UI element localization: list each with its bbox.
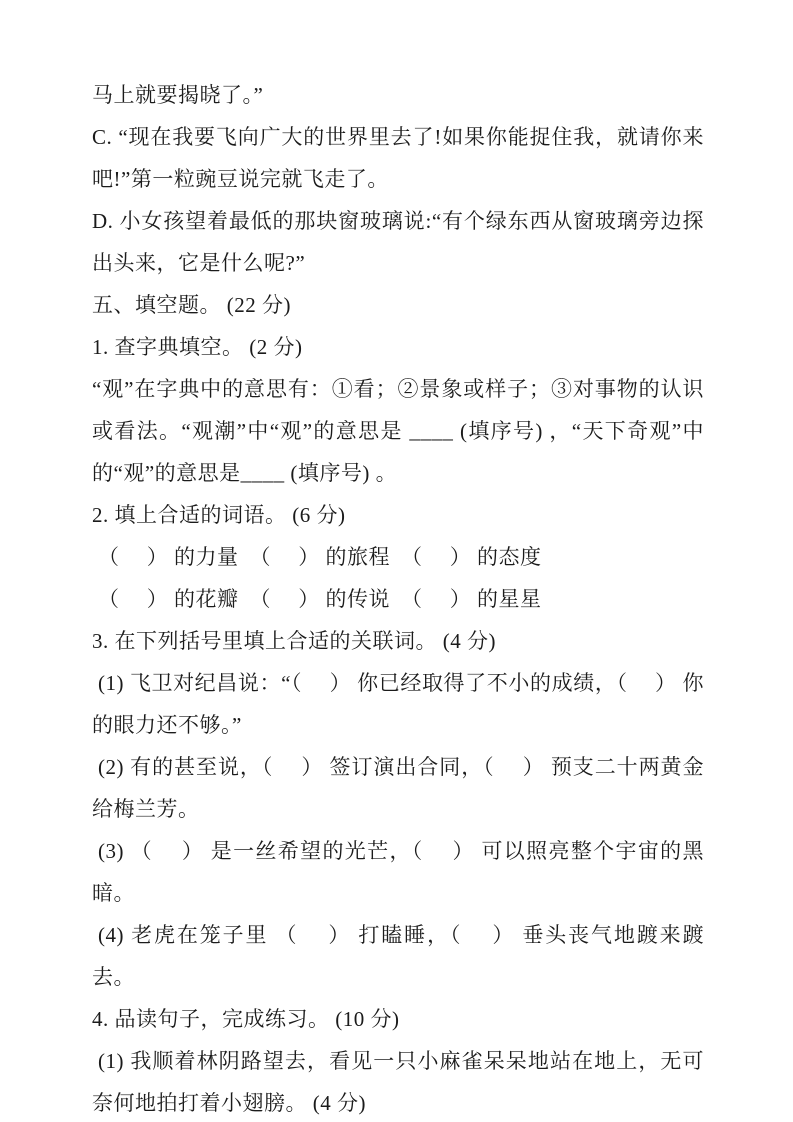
- question-3-item-2: (2) 有的甚至说，（ ） 签订演出合同，（ ） 预支二十两黄金给梅兰芳。: [92, 746, 704, 830]
- question-4-heading: 4. 品读句子，完成练习。 (10 分): [92, 998, 704, 1040]
- question-2-blank-row-1: （ ） 的力量 （ ） 的旅程 （ ） 的态度: [92, 536, 704, 578]
- question-1-heading: 1. 查字典填空。 (2 分): [92, 326, 704, 368]
- question-3-heading: 3. 在下列括号里填上合适的关联词。 (4 分): [92, 620, 704, 662]
- question-2-blank-row-2: （ ） 的花瓣 （ ） 的传说 （ ） 的星星: [92, 578, 704, 620]
- exam-page: 马上就要揭晓了。” C. “现在我要飞向广大的世界里去了!如果你能捉住我，就请你…: [0, 0, 793, 1122]
- question-3-item-3: (3) （ ） 是一丝希望的光芒，（ ） 可以照亮整个宇宙的黑暗。: [92, 830, 704, 914]
- section-5-heading: 五、填空题。 (22 分): [92, 284, 704, 326]
- carryover-line: 马上就要揭晓了。”: [92, 74, 704, 116]
- question-4-item-1: (1) 我顺着林阴路望去，看见一只小麻雀呆呆地站在地上，无可奈何地拍打着小翅膀。…: [92, 1040, 704, 1122]
- question-2-heading: 2. 填上合适的词语。 (6 分): [92, 494, 704, 536]
- question-1-body: “观”在字典中的意思有：①看；②景象或样子；③对事物的认识或看法。“观潮”中“观…: [92, 368, 704, 494]
- question-3-item-4: (4) 老虎在笼子里 （ ） 打瞌睡，（ ） 垂头丧气地踱来踱去。: [92, 914, 704, 998]
- exam-text-block: 马上就要揭晓了。” C. “现在我要飞向广大的世界里去了!如果你能捉住我，就请你…: [92, 74, 704, 1122]
- choice-option-d: D. 小女孩望着最低的那块窗玻璃说:“有个绿东西从窗玻璃旁边探出头来，它是什么呢…: [92, 200, 704, 284]
- choice-option-c: C. “现在我要飞向广大的世界里去了!如果你能捉住我，就请你来吧!”第一粒豌豆说…: [92, 116, 704, 200]
- question-3-item-1: (1) 飞卫对纪昌说：“（ ） 你已经取得了不小的成绩，（ ） 你的眼力还不够。…: [92, 662, 704, 746]
